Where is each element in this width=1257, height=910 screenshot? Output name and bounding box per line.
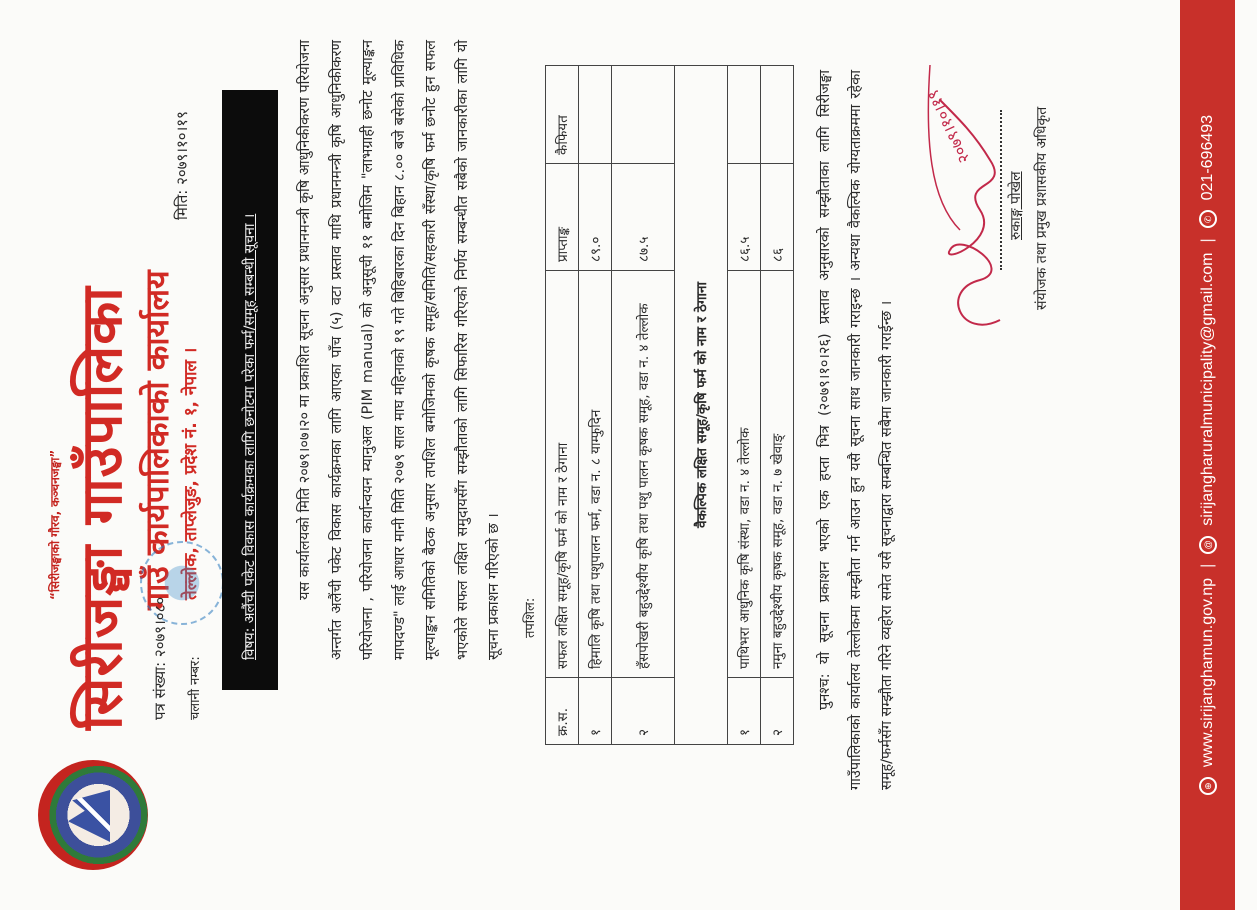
issue-date: मिति: २०७९।१०।१९ [172,111,192,220]
letterhead: “सिरीजङ्घाको गौरव, कञ्चनजङ्घा” सिरीजङ्घा… [0,0,220,910]
municipality-emblem-icon [38,760,148,870]
row-serial: १ [728,678,761,745]
website-link[interactable]: www.sirijanghamun.gov.np [1199,578,1217,767]
postscript-text: पुनश्च: यो सूचना प्रकाशन भएको एक हप्ता भ… [810,70,903,790]
col-remarks: कैफियत [546,66,579,164]
subject-line: विषय: अलैंची पकेट विकास कार्यक्रमका लागि… [240,214,259,660]
signatory-title: संयोजक तथा प्रमुख प्रशासकीय अधिकृत [1032,107,1051,310]
row-score: ८७.५ [612,164,675,271]
col-serial: क्र.स. [546,678,579,745]
reference-number: पत्र संख्या: २०७९।०८० [150,597,170,720]
postscript: पुनश्च: यो सूचना प्रकाशन भएको एक हप्ता भ… [810,70,903,790]
col-score: प्राप्ताङ्क [546,164,579,271]
dispatch-number: चलानी नम्बर: [185,656,203,720]
phone-number[interactable]: 021-696493 [1199,115,1217,200]
subject-bar: विषय: अलैंची पकेट विकास कार्यक्रमका लागि… [222,90,278,690]
row-name: पाथिभरा आधुनिक कृषि संस्था, वडा न. ४ तेल… [728,271,761,678]
table-row: २ हँसपोखरी बहुउद्देश्यीय कृषि तथा पशु पा… [612,66,675,745]
contact-footer: ⊕ www.sirijanghamun.gov.np | @ sirijangh… [1180,0,1235,910]
row-score: ८६ [761,164,794,271]
row-remarks [728,66,761,164]
table-row: २ नमुना बहुउद्देश्यीय कृषक समूह, वडा न. … [761,66,794,745]
signatory-name: रुकाङ्ग पोखेल [1006,171,1025,240]
signature-line [1000,110,1002,270]
table-row: १ हिमालि कृषि तथा पशुपालन फर्म, वडा न. ८… [579,66,612,745]
table-row: १ पाथिभरा आधुनिक कृषि संस्था, वडा न. ४ त… [728,66,761,745]
alternate-heading-row: वैकल्पिक लक्षित समूह/कृषि फर्म को नाम र … [675,66,728,745]
row-remarks [761,66,794,164]
row-remarks [612,66,675,164]
row-serial: २ [761,678,794,745]
row-serial: १ [579,678,612,745]
col-name: सफल लक्षित समूह/कृषि फर्म को नाम र ठेगान… [546,271,579,678]
email-link[interactable]: sirijangharuralmunicipality@gmail.com [1199,253,1217,526]
row-name: नमुना बहुउद्देश्यीय कृषक समूह, वडा न. ७ … [761,271,794,678]
separator: | [1199,238,1217,242]
row-score: ८९.० [579,164,612,271]
row-serial: २ [612,678,675,745]
main-paragraph: यस कार्यालयको मिति २०७९।०७।२० मा प्रकाशि… [290,40,511,660]
separator: | [1199,564,1217,568]
details-label: तपशिल: [520,598,538,638]
notice-document: “सिरीजङ्घाको गौरव, कञ्चनजङ्घा” सिरीजङ्घा… [0,0,1257,910]
alternate-heading: वैकल्पिक लक्षित समूह/कृषि फर्म को नाम र … [675,66,728,745]
phone-icon: ✆ [1199,210,1217,228]
municipality-name: सिरीजङ्घा गाउँपालिका [62,286,138,730]
globe-icon: ⊕ [1199,777,1217,795]
notice-body: यस कार्यालयको मिति २०७९।०७।२० मा प्रकाशि… [290,40,511,660]
slogan: “सिरीजङ्घाको गौरव, कञ्चनजङ्घा” [46,450,63,600]
row-score: ८६.५ [728,164,761,271]
row-name: हिमालि कृषि तथा पशुपालन फर्म, वडा न. ८ य… [579,271,612,678]
row-name: हँसपोखरी बहुउद्देश्यीय कृषि तथा पशु पालन… [612,271,675,678]
row-remarks [579,66,612,164]
table-header-row: क्र.स. सफल लक्षित समूह/कृषि फर्म को नाम … [546,66,579,745]
results-table: क्र.स. सफल लक्षित समूह/कृषि फर्म को नाम … [545,65,794,745]
at-icon: @ [1199,536,1217,554]
